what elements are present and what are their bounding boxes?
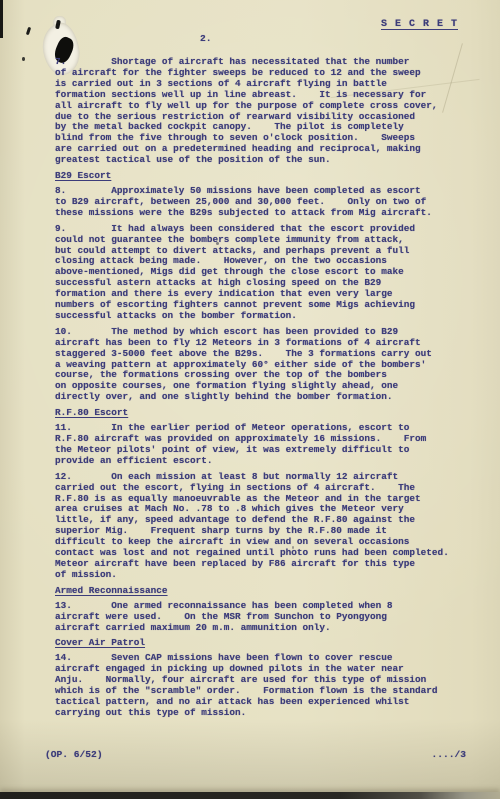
section-heading: Armed Reconnaissance [55,586,458,597]
paragraph: 14.Seven CAP missions have been flown to… [55,653,458,718]
section-heading: Cover Air Patrol [55,638,458,649]
paragraph-text: The method by which escort has been prov… [55,327,458,403]
document-body: 7.Shortage of aircraft has necessitated … [55,57,458,724]
paragraph-number: 10. [55,327,72,338]
paragraph: 9.It had always been considered that the… [55,224,458,322]
classification-stamp: S E C R E T [381,19,458,30]
paragraph-number: 8. [55,186,66,197]
section-heading: R.F.80 Escort [55,408,458,419]
paragraph-text: On each mission at least 8 but normally … [55,472,458,581]
footer-continuation-mark: ..../3 [431,749,466,760]
paragraph-number: 9. [55,224,66,235]
footer-reference: (OP. 6/52) [45,749,103,760]
scanned-document-page: S E C R E T 2. 7.Shortage of aircraft ha… [0,0,500,799]
paragraph-text: Seven CAP missions have been flown to co… [55,653,458,718]
paragraph-number: 7. [55,57,66,68]
paragraph: 7.Shortage of aircraft has necessitated … [55,57,458,166]
paragraph: 8.Approximately 50 missions have been co… [55,186,458,219]
paragraph-text: Shortage of aircraft has necessitated th… [55,57,458,166]
section-heading: B29 Escort [55,171,458,182]
paragraph: 12.On each mission at least 8 but normal… [55,472,458,581]
paragraph-number: 11. [55,423,72,434]
ink-mark [22,57,25,61]
paragraph-number: 12. [55,472,72,483]
paragraph-number: 13. [55,601,72,612]
scan-edge-bottom [0,792,500,799]
paragraph: 11.In the earlier period of Meteor opera… [55,423,458,467]
paragraph-text: It had always been considered that the e… [55,224,458,322]
paragraph-text: In the earlier period of Meteor operatio… [55,423,458,467]
paragraph-text: One armed reconnaissance has been comple… [55,601,458,634]
paragraph-text: Approximately 50 missions have been comp… [55,186,458,219]
page-footer: (OP. 6/52) ..../3 [45,749,466,760]
paragraph: 13.One armed reconnaissance has been com… [55,601,458,634]
ink-mark [26,27,31,36]
scan-edge-left [0,0,3,38]
paragraph-number: 14. [55,653,72,664]
paragraph: 10.The method by which escort has been p… [55,327,458,403]
page-number: 2. [200,33,212,44]
